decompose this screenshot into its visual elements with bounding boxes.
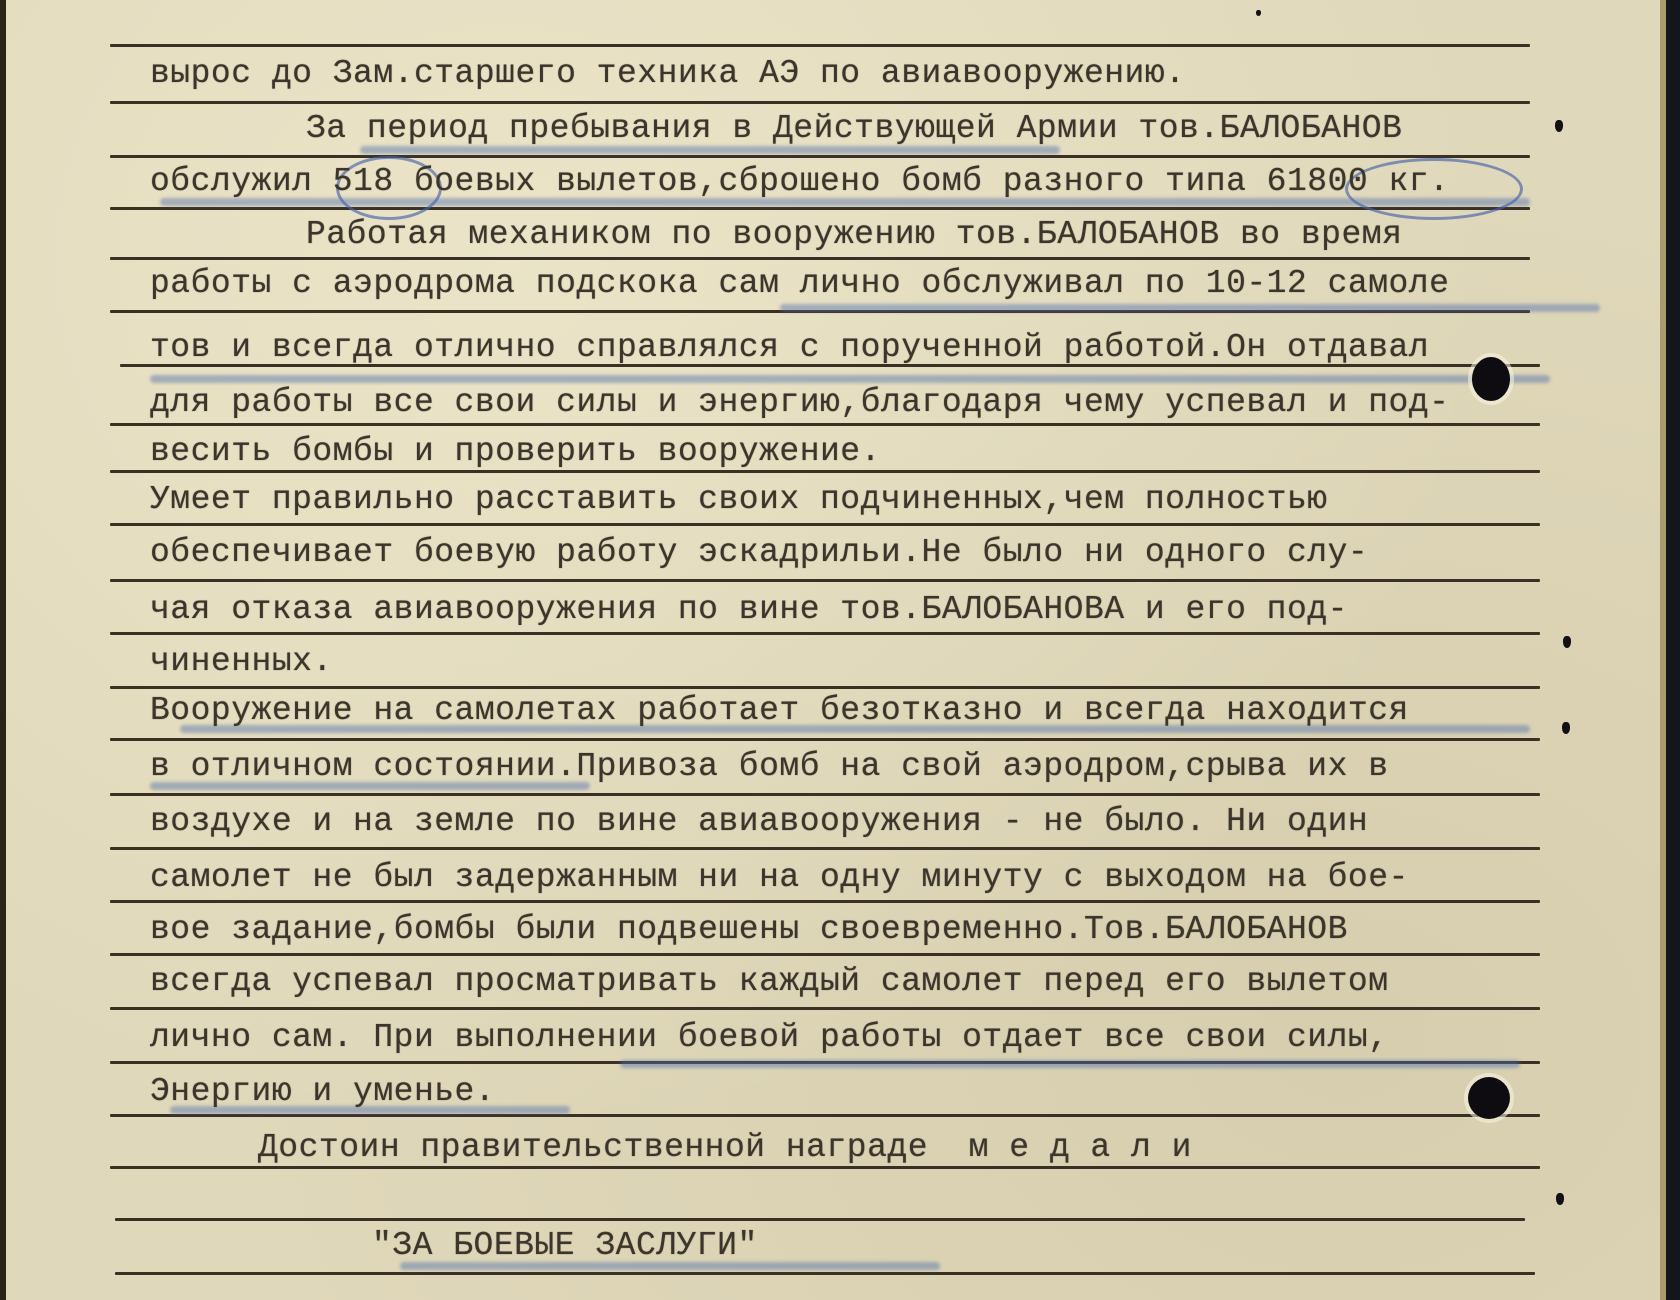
ruled-line xyxy=(110,953,1540,956)
ruled-line xyxy=(110,793,1540,796)
ruled-line xyxy=(110,101,1530,104)
typed-line-8: весить бомбы и проверить вооружение. xyxy=(150,432,881,472)
scan-right-edge xyxy=(1666,0,1680,1300)
typed-line-4: Работая механиком по вооружению тов.БАЛО… xyxy=(306,215,1402,255)
typed-line-20: Энергию и уменье. xyxy=(150,1072,495,1112)
ruled-line xyxy=(110,44,1530,47)
award-name: "ЗА БОЕВЫЕ ЗАСЛУГИ" xyxy=(372,1226,758,1266)
typed-line-15: воздухе и на земле по вине авиавооружени… xyxy=(150,802,1368,842)
pencil-underline xyxy=(150,375,1550,383)
ruled-line xyxy=(115,1218,1525,1221)
typed-line-12: чиненных. xyxy=(150,642,333,682)
pin-hole xyxy=(1563,636,1571,648)
ruled-line xyxy=(110,738,1540,741)
typed-line-19: лично сам. При выполнении боевой работы … xyxy=(150,1018,1389,1058)
typed-line-13: Вооружение на самолетах работает безотка… xyxy=(150,691,1409,731)
scan-left-edge xyxy=(0,0,6,1300)
punch-hole xyxy=(1472,357,1510,401)
ruled-line xyxy=(110,847,1540,850)
pencil-underline xyxy=(620,1060,1520,1068)
ruled-line xyxy=(110,900,1540,903)
ruled-line xyxy=(110,1114,1540,1117)
document-page: вырос до Зам.старшего техника АЭ по авиа… xyxy=(0,0,1680,1300)
ruled-line xyxy=(110,257,1530,260)
ruled-line xyxy=(110,523,1540,526)
pin-hole xyxy=(1556,1193,1564,1205)
typed-line-9: Умеет правильно расставить своих подчине… xyxy=(150,480,1328,520)
typed-line-1: вырос до Зам.старшего техника АЭ по авиа… xyxy=(150,54,1185,94)
typed-line-6: тов и всегда отлично справлялся с поруче… xyxy=(150,328,1429,368)
ruled-line xyxy=(110,579,1540,582)
ruled-line xyxy=(110,632,1540,635)
ruled-line xyxy=(110,207,1530,210)
typed-line-11: чая отказа авиавооружения по вине тов.БА… xyxy=(150,590,1348,630)
punch-hole xyxy=(1468,1077,1510,1119)
typed-line-17: вое задание,бомбы были подвешены своевре… xyxy=(150,910,1348,950)
typed-line-18: всегда успевал просматривать каждый само… xyxy=(150,962,1389,1002)
pencil-underline xyxy=(780,304,1600,312)
ruled-line xyxy=(110,423,1540,426)
pin-hole xyxy=(1256,10,1261,16)
typed-line-2: За период пребывания в Действующей Армии… xyxy=(306,109,1402,149)
award-recommendation-line: Достоин правительственной награде м е д … xyxy=(258,1128,1192,1168)
ruled-line xyxy=(115,1272,1535,1275)
typed-line-5: работы с аэродрома подскока сам лично об… xyxy=(150,264,1449,304)
typed-line-7: для работы все свои силы и энергию,благо… xyxy=(150,383,1449,423)
typed-line-10: обеспечивает боевую работу эскадрильи.Не… xyxy=(150,533,1368,573)
typed-line-3: обслужил 518 боевых вылетов,сброшено бом… xyxy=(150,162,1449,202)
ruled-line xyxy=(110,686,1540,689)
ruled-line xyxy=(110,1007,1540,1010)
pin-hole xyxy=(1555,120,1563,132)
typed-line-16: самолет не был задержанным ни на одну ми… xyxy=(150,858,1409,898)
typed-line-14: в отличном состоянии.Привоза бомб на сво… xyxy=(150,747,1389,787)
pin-hole xyxy=(1562,722,1570,734)
ruled-line xyxy=(110,155,1530,158)
